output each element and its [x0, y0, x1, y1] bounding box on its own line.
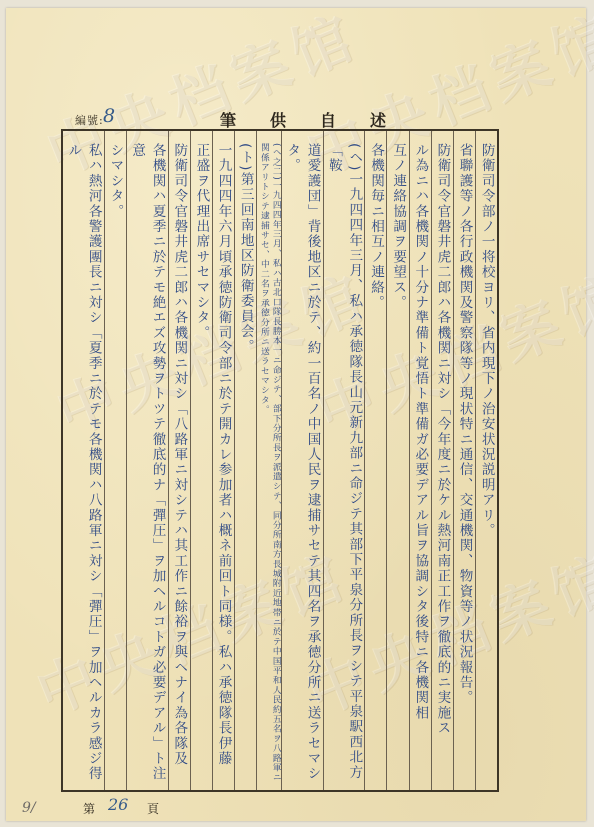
- column-text: (ヘ之二)一九四四年三月、私ハ古北口隊長勝本一ニ命ジテ、部下分所長ヲ派遣シテ、同…: [257, 143, 281, 783]
- text-column: 防衛司令官磐井虎二郎ハ各機関ニ対シ「今年度ニ於ケル熱河南正工作ヲ徹底的ニ実施ス: [431, 131, 453, 790]
- serial-number-value: 8: [103, 105, 115, 127]
- serial-number-label: 編號:: [75, 112, 104, 128]
- column-text: 互ノ連絡協調ヲ要望ス。: [388, 143, 408, 783]
- column-text: 私ハ熱河各警護團長ニ対シ「夏季ニ於テモ各機関ハ八路軍ニ対シ「彈圧」ヲ加ヘルカラ感…: [63, 143, 104, 783]
- column-text: 防衛司令部ノ一将校ヨリ、省内現下ノ治安状況説明アリ。: [476, 143, 496, 783]
- column-text: 防衛司令官磐井虎二郎ハ各機関ニ対シ「今年度ニ於ケル熱河南正工作ヲ徹底的ニ実施ス: [432, 143, 452, 783]
- column-text: (ヘ)一九四四年三月、私ハ承徳隊長山元新九部ニ命ジテ其部下平泉分所長ヲシテ平泉駅…: [324, 143, 365, 783]
- pencil-annotation: 9/: [22, 800, 36, 816]
- text-column: 一九四四年六月頃承徳防衛司令部ニ於テ開カレ参加者ハ概ネ前回ト同様。私ハ承徳隊長伊…: [212, 131, 234, 790]
- column-text: 正盛ヲ代理出席サセマシタ。: [191, 143, 211, 783]
- page-number: 26: [108, 795, 128, 814]
- text-column: 各機関毎ニ相互ノ連絡。: [364, 131, 386, 790]
- page-prefix: 第: [83, 800, 95, 817]
- column-text: シマシタ。: [105, 143, 125, 783]
- column-text: 一九四四年六月頃承徳防衛司令部ニ於テ開カレ参加者ハ概ネ前回ト同様。私ハ承徳隊長伊…: [213, 143, 233, 783]
- ruled-form: 防衛司令部ノ一将校ヨリ、省内現下ノ治安状況説明アリ。省聯護等ノ各行政機関及警察隊…: [61, 129, 499, 792]
- page-suffix: 頁: [147, 800, 159, 817]
- column-text: 省聯護等ノ各行政機関及警察隊等ノ現状特ニ通信、交通機関、物資等ノ状況報告。: [454, 143, 474, 783]
- text-column: シマシタ。: [104, 131, 126, 790]
- text-column: ル為ニハ各機関ノ十分ナ準備ト覚悟ト準備ガ必要デアル旨ヲ協調シタ後特ニ各機関相: [409, 131, 431, 790]
- document-title: 述自供筆: [220, 108, 386, 131]
- text-column: (ヘ)一九四四年三月、私ハ承徳隊長山元新九部ニ命ジテ其部下平泉分所長ヲシテ平泉駅…: [323, 131, 365, 790]
- text-column: 道愛護団」背後地区ニ於テ、約一百名ノ中国人民ヲ逮捕サセテ其四名ヲ承徳分所ニ送ラセ…: [281, 131, 323, 790]
- document-page: 中央档案馆 中央档案馆 中央档案馆 中央档案馆 中央档案馆 中央档案馆 編號: …: [6, 8, 586, 821]
- title-char: 自: [320, 108, 336, 131]
- column-text: 防衛司令官磐井虎二郎ハ各機関ニ対シ「八路軍ニ対シテハ其工作ニ餘裕ヲ與ヘナイ為各隊…: [169, 143, 189, 783]
- column-text: 各機関毎ニ相互ノ連絡。: [366, 143, 386, 783]
- text-column: 正盛ヲ代理出席サセマシタ。: [190, 131, 212, 790]
- column-text: ル為ニハ各機関ノ十分ナ準備ト覚悟ト準備ガ必要デアル旨ヲ協調シタ後特ニ各機関相: [410, 143, 430, 783]
- title-char: 供: [270, 108, 286, 131]
- text-column: 互ノ連絡協調ヲ要望ス。: [386, 131, 408, 790]
- text-column: 各機関ハ夏季ニ於テモ絶エズ攻勢ヲトツテ徹底的ナ「彈圧」ヲ加ヘルコトガ必要デアル」…: [126, 131, 168, 790]
- text-columns: 防衛司令部ノ一将校ヨリ、省内現下ノ治安状況説明アリ。省聯護等ノ各行政機関及警察隊…: [63, 131, 497, 790]
- text-column: (ヘ之二)一九四四年三月、私ハ古北口隊長勝本一ニ命ジテ、部下分所長ヲ派遣シテ、同…: [256, 131, 281, 790]
- column-text: (ト)第三回南地区防衛委員会。: [235, 143, 255, 783]
- text-column: 私ハ熱河各警護團長ニ対シ「夏季ニ於テモ各機関ハ八路軍ニ対シ「彈圧」ヲ加ヘルカラ感…: [63, 131, 104, 790]
- title-char: 述: [370, 108, 386, 131]
- text-column: 防衛司令部ノ一将校ヨリ、省内現下ノ治安状況説明アリ。: [475, 131, 497, 790]
- text-column: 防衛司令官磐井虎二郎ハ各機関ニ対シ「八路軍ニ対シテハ其工作ニ餘裕ヲ與ヘナイ為各隊…: [168, 131, 190, 790]
- column-text: 各機関ハ夏季ニ於テモ絶エズ攻勢ヲトツテ徹底的ナ「彈圧」ヲ加ヘルコトガ必要デアル」…: [127, 143, 168, 783]
- text-column: 省聯護等ノ各行政機関及警察隊等ノ現状特ニ通信、交通機関、物資等ノ状況報告。: [453, 131, 475, 790]
- column-text: 道愛護団」背後地区ニ於テ、約一百名ノ中国人民ヲ逮捕サセテ其四名ヲ承徳分所ニ送ラセ…: [282, 143, 323, 783]
- text-column: (ト)第三回南地区防衛委員会。: [234, 131, 256, 790]
- title-char: 筆: [220, 108, 236, 131]
